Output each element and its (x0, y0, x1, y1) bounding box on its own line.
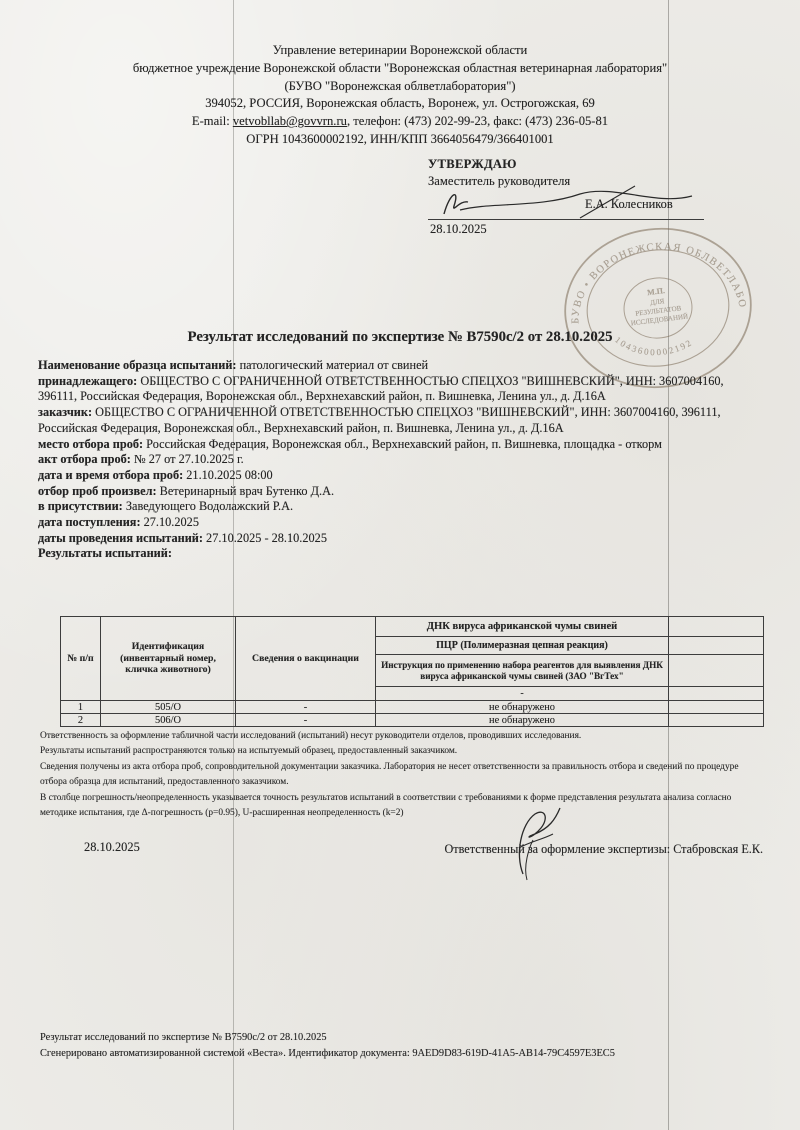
org-ogrn-line: ОГРН 1043600002192, ИНН/КПП 3664056479/3… (0, 131, 800, 149)
row-result: не обнаружено (376, 701, 669, 714)
uncertainty-header-cell (669, 687, 764, 701)
row-id: 505/О (101, 701, 236, 714)
org-contacts-line: E-mail: vetvobllab@govvrn.ru, телефон: (… (0, 113, 800, 131)
detail-row: в присутствии: Заведующего Водолажский Р… (38, 499, 764, 515)
uncertainty-header-cell (669, 655, 764, 687)
detail-value: 21.10.2025 08:00 (186, 468, 272, 482)
footnote: Результаты испытаний распространяются то… (40, 744, 764, 759)
table-row: 2 506/О - не обнаружено (61, 714, 764, 727)
detail-label: дата и время отбора проб: (38, 468, 183, 482)
row-id: 506/О (101, 714, 236, 727)
footer-expertise-line: Результат исследований по экспертизе № В… (40, 1030, 764, 1046)
detail-row: акт отбора проб: № 27 от 27.10.2025 г. (38, 452, 764, 468)
detail-row: даты проведения испытаний: 27.10.2025 - … (38, 531, 764, 547)
scan-fold-line-left (233, 0, 234, 1130)
col-header-vaccination: Сведения о вакцинации (236, 617, 376, 701)
col-header-identification: Идентификация (инвентарный номер, кличка… (101, 617, 236, 701)
detail-row: Результаты испытаний: (38, 546, 764, 562)
approval-heading: УТВЕРЖДАЮ (428, 156, 570, 173)
org-header: Управление ветеринарии Воронежской облас… (0, 42, 800, 149)
detail-value: ОБЩЕСТВО С ОГРАНИЧЕННОЙ ОТВЕТСТВЕННОСТЬЮ… (38, 405, 721, 435)
detail-value: Ветеринарный врач Бутенко Д.А. (160, 484, 334, 498)
detail-row: принадлежащего: ОБЩЕСТВО С ОГРАНИЧЕННОЙ … (38, 374, 764, 405)
scan-fold-line-right (668, 0, 669, 1130)
detail-label: Наименование образца испытаний: (38, 358, 237, 372)
uncertainty-header-cell (669, 617, 764, 637)
org-address-line: 394052, РОССИЯ, Воронежская область, Вор… (0, 95, 800, 113)
approver-name: Е.А. Колесников (585, 197, 673, 212)
row-vaccination: - (236, 714, 376, 727)
detail-label: даты проведения испытаний: (38, 531, 203, 545)
uncertainty-header-cell (669, 637, 764, 655)
signature-underline (428, 219, 704, 220)
detail-label: заказчик: (38, 405, 92, 419)
detail-label: дата поступления: (38, 515, 141, 529)
detail-label: место отбора проб: (38, 437, 143, 451)
detail-value: ОБЩЕСТВО С ОГРАНИЧЕННОЙ ОТВЕТСТВЕННОСТЬЮ… (38, 374, 724, 404)
detail-row: место отбора проб: Российская Федерация,… (38, 437, 764, 453)
footnote: Сведения получены из акта отбора проб, с… (40, 760, 764, 791)
row-vaccination: - (236, 701, 376, 714)
row-uncertainty (669, 701, 764, 714)
scanned-report-page: Управление ветеринарии Воронежской облас… (0, 0, 800, 1130)
detail-value: Заведующего Водолажский Р.А. (126, 499, 293, 513)
detail-label: акт отбора проб: (38, 452, 131, 466)
report-title: Результат исследований по экспертизе № В… (0, 329, 800, 346)
detail-row: отбор проб произвел: Ветеринарный врач Б… (38, 484, 764, 500)
results-table: № п/п Идентификация (инвентарный номер, … (60, 616, 764, 727)
page-footer: Результат исследований по экспертизе № В… (40, 1030, 764, 1061)
group-header-dash: - (376, 687, 669, 701)
table-row: 1 505/О - не обнаружено (61, 701, 764, 714)
row-num: 2 (61, 714, 101, 727)
row-num: 1 (61, 701, 101, 714)
org-authority-line: Управление ветеринарии Воронежской облас… (0, 42, 800, 60)
col-header-num: № п/п (61, 617, 101, 701)
email-address: vetvobllab@govvrn.ru (233, 114, 347, 128)
detail-label: Результаты испытаний: (38, 546, 172, 560)
detail-row: Наименование образца испытаний: патологи… (38, 358, 764, 374)
group-header-method: Инструкция по применению набора реагенто… (376, 655, 669, 687)
approval-date: 28.10.2025 (430, 222, 487, 237)
stamp-center-line-1: М.П. (647, 286, 666, 297)
detail-value: Российская Федерация, Воронежская обл., … (146, 437, 662, 451)
phone-fax-text: , телефон: (473) 202-99-23, факс: (473) … (347, 114, 608, 128)
detail-row: дата и время отбора проб: 21.10.2025 08:… (38, 468, 764, 484)
detail-row: заказчик: ОБЩЕСТВО С ОГРАНИЧЕННОЙ ОТВЕТС… (38, 405, 764, 436)
row-uncertainty (669, 714, 764, 727)
footnotes: Ответственность за оформление табличной … (40, 729, 764, 821)
row-result: не обнаружено (376, 714, 669, 727)
detail-label: принадлежащего: (38, 374, 137, 388)
detail-value: 27.10.2025 - 28.10.2025 (206, 531, 327, 545)
group-header-pcr: ПЦР (Полимеразная цепная реакция) (376, 637, 669, 655)
email-label: E-mail: (192, 114, 230, 128)
footnote: Ответственность за оформление табличной … (40, 729, 764, 744)
detail-label: в присутствии: (38, 499, 123, 513)
detail-value: № 27 от 27.10.2025 г. (134, 452, 244, 466)
org-short-name-line: (БУВО "Воронежская облветлаборатория") (0, 78, 800, 96)
executor-line: Ответственный за оформление экспертизы: … (445, 842, 764, 857)
footnote: В столбце погрешность/неопределенность у… (40, 791, 764, 822)
detail-value: патологический материал от свиней (240, 358, 429, 372)
detail-value: 27.10.2025 (144, 515, 199, 529)
detail-label: отбор проб произвел: (38, 484, 157, 498)
signoff-date: 28.10.2025 (84, 840, 140, 855)
detail-row: дата поступления: 27.10.2025 (38, 515, 764, 531)
footer-generated-line: Сгенерировано автоматизированной системо… (40, 1046, 764, 1062)
group-header-dna: ДНК вируса африканской чумы свиней (376, 617, 669, 637)
sample-details: Наименование образца испытаний: патологи… (38, 358, 764, 562)
org-name-line: бюджетное учреждение Воронежской области… (0, 60, 800, 78)
